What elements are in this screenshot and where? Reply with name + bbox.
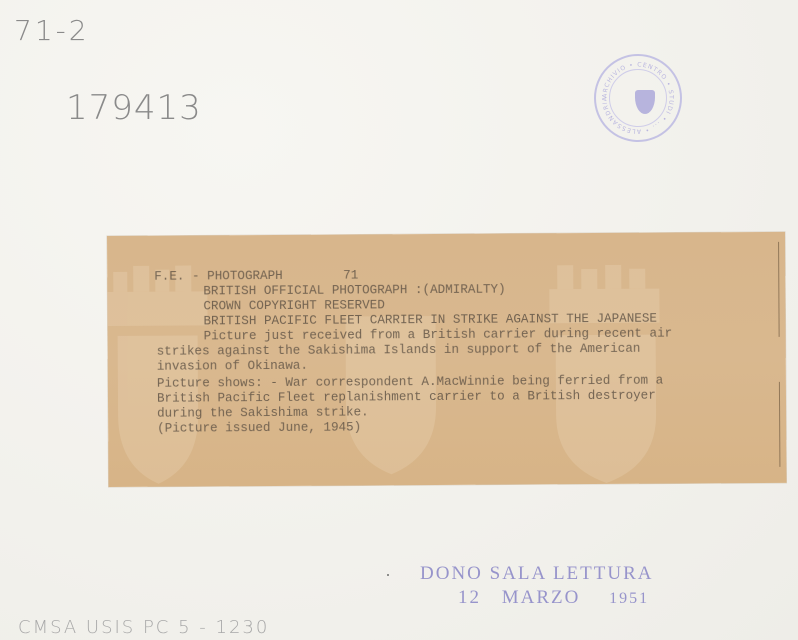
- stamp-date: 12 MARZO 1951: [458, 586, 654, 611]
- ink-speck: [387, 574, 389, 576]
- handwritten-inventory-number: 179413: [66, 88, 202, 128]
- shield-icon: [635, 90, 655, 114]
- library-donation-stamp: DONO SALA LETTURA 12 MARZO 1951: [420, 562, 654, 611]
- archive-seal-stamp: ARCHIVIO • CENTRO • STUDI • ... • ALESSA…: [594, 54, 682, 142]
- seal-inner-ring: [609, 69, 667, 127]
- handwritten-reference-code: 71-2: [14, 14, 90, 47]
- caption-line-issued: (Picture issued June, 1945): [157, 420, 361, 437]
- caption-line-body-3: invasion of Okinawa.: [157, 359, 308, 376]
- caption-line-body-5: British Pacific Fleet replanishment carr…: [157, 389, 656, 408]
- caption-line-body-2: strikes against the Sakishima Islands in…: [157, 342, 641, 361]
- slip-cut-mark: [778, 242, 780, 337]
- stamp-date-month: MARZO: [502, 586, 581, 610]
- stamp-date-day: 12: [458, 586, 481, 610]
- stamp-donation-text: DONO SALA LETTURA: [420, 563, 654, 584]
- caption-line-source: BRITISH OFFICIAL PHOTOGRAPH :(ADMIRALTY): [203, 283, 505, 300]
- typed-caption: F.E. - PHOTOGRAPH 71 BRITISH OFFICIAL PH…: [107, 236, 138, 439]
- stamp-date-year: 1951: [609, 587, 649, 611]
- caption-slip: F.E. - PHOTOGRAPH 71 BRITISH OFFICIAL PH…: [107, 232, 787, 487]
- slip-cut-mark: [779, 382, 781, 467]
- handwritten-bottom-note: CMSA USIS PC 5 - 1230: [18, 617, 269, 638]
